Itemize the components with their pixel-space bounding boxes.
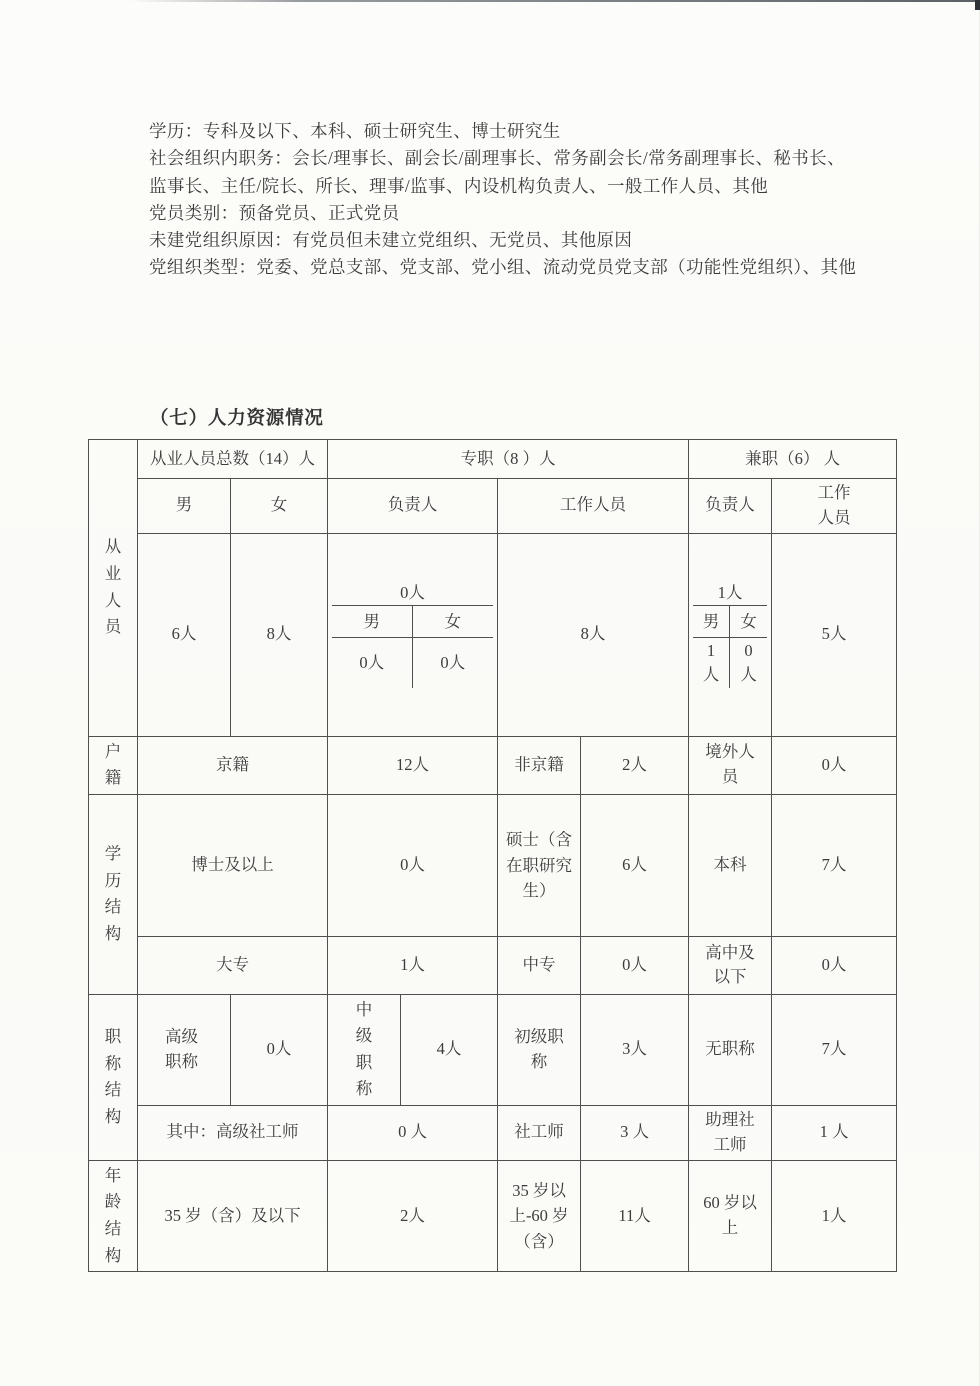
header-total-count: 从业人员总数（14）人 (138, 440, 328, 479)
cell-over60-label: 60 岁以上 (689, 1160, 772, 1272)
title-row-1: 职称结构 高级职称 0人 中级职称 4人 初级职称 3人 无职称 7人 (89, 994, 897, 1105)
hukou-row: 户籍 京籍 12人 非京籍 2人 境外人员 0人 (89, 736, 897, 794)
cell-junior-title-label: 初级职称 (498, 994, 581, 1105)
cell-senior-title-label: 高级职称 (138, 994, 231, 1105)
table-header-row-2: 男 女 负责人 工作人员 负责人 工作人员 (89, 479, 897, 534)
field-definition-notes: 学历：专科及以下、本科、硕士研究生、博士研究生 社会组织内职务：会长/理事长、副… (149, 118, 869, 282)
cell-doctor-label: 博士及以上 (138, 794, 328, 936)
cell-fulltime-head-female: 0人 (413, 638, 494, 688)
cell-secondary-label: 中专 (498, 936, 581, 994)
cell-senior-sw-value: 0 人 (328, 1105, 498, 1160)
scan-corner-artifact (975, 0, 980, 10)
note-line-positions-2: 监事长、主任/院长、所长、理事/监事、内设机构负责人、一般工作人员、其他 (149, 173, 869, 200)
cell-mid-age-label: 35 岁以上-60 岁（含） (498, 1160, 581, 1272)
cell-total-female: 8人 (231, 533, 328, 736)
scanned-document-page: { "style": { "paper_color": "#fbfbf8", "… (0, 0, 980, 1386)
row-label-education: 学历结构 (89, 794, 138, 994)
section-heading: （七）人力资源情况 (150, 404, 324, 430)
cell-middle-title-label: 中级职称 (328, 994, 401, 1105)
cell-master-label: 硕士（含在职研究生） (498, 794, 581, 936)
note-line-party-category: 党员类别：预备党员、正式党员 (149, 200, 869, 227)
header-fulltime-staff: 工作人员 (498, 479, 689, 534)
note-line-positions-1: 社会组织内职务：会长/理事长、副会长/副理事长、常务副会长/常务副理事长、秘书长… (149, 145, 869, 172)
cell-fulltime-head-total: 0人 (332, 581, 493, 606)
table-header-row-1: 从业人员 从业人员总数（14）人 专职（8 ）人 兼职（6） 人 (89, 440, 897, 479)
cell-hukou-overseas-label: 境外人员 (689, 736, 772, 794)
cell-junior-title-value: 3人 (581, 994, 689, 1105)
cell-hukou-local-label: 京籍 (138, 736, 328, 794)
cell-parttime-head-female: 0人 (730, 638, 767, 688)
age-row: 年龄结构 35 岁（含）及以下 2人 35 岁以上-60 岁（含） 11人 60… (89, 1160, 897, 1272)
cell-under35-value: 2人 (328, 1160, 498, 1272)
header-fulltime: 专职（8 ）人 (328, 440, 689, 479)
cell-sw-label: 社工师 (498, 1105, 581, 1160)
header-fulltime-head: 负责人 (328, 479, 498, 534)
cell-college-value: 1人 (328, 936, 498, 994)
title-row-2: 其中：高级社工师 0 人 社工师 3 人 助理社工师 1 人 (89, 1105, 897, 1160)
parttime-head-gender-split: 男 女 1人 0人 (693, 605, 767, 688)
cell-no-title-value: 7人 (772, 994, 897, 1105)
cell-over60-value: 1人 (772, 1160, 897, 1272)
header-parttime-staff: 工作人员 (772, 479, 897, 534)
cell-fulltime-head-male: 0人 (332, 638, 413, 688)
cell-middle-title-value: 4人 (401, 994, 498, 1105)
employees-data-row: 6人 8人 0人 男 女 0人 0人 8人 1人 男 女 1人 0 (89, 533, 897, 736)
cell-fulltime-head-block: 0人 男 女 0人 0人 (328, 533, 498, 736)
cell-doctor-value: 0人 (328, 794, 498, 936)
cell-parttime-head-block: 1人 男 女 1人 0人 (689, 533, 772, 736)
cell-no-title-label: 无职称 (689, 994, 772, 1105)
cell-parttime-head-male: 1人 (693, 638, 730, 688)
cell-assistant-sw-label: 助理社工师 (689, 1105, 772, 1160)
header-parttime-head: 负责人 (689, 479, 772, 534)
row-label-title: 职称结构 (89, 994, 138, 1160)
cell-master-value: 6人 (581, 794, 689, 936)
cell-parttime-staff: 5人 (772, 533, 897, 736)
cell-mid-age-value: 11人 (581, 1160, 689, 1272)
cell-sw-value: 3 人 (581, 1105, 689, 1160)
subheader-male: 男 (693, 606, 730, 638)
cell-hukou-overseas-value: 0人 (772, 736, 897, 794)
note-line-party-org-type: 党组织类型：党委、党总支部、党支部、党小组、流动党员党支部（功能性党组织）、其他 (149, 254, 869, 281)
subheader-female: 女 (730, 606, 767, 638)
cell-senior-title-value: 0人 (231, 994, 328, 1105)
education-row-2: 大专 1人 中专 0人 高中及以下 0人 (89, 936, 897, 994)
cell-senior-sw-label: 其中：高级社工师 (138, 1105, 328, 1160)
header-parttime: 兼职（6） 人 (689, 440, 897, 479)
cell-assistant-sw-value: 1 人 (772, 1105, 897, 1160)
cell-bachelor-value: 7人 (772, 794, 897, 936)
subheader-male: 男 (332, 606, 413, 638)
cell-hukou-nonlocal-value: 2人 (581, 736, 689, 794)
hr-situation-table: 从业人员 从业人员总数（14）人 专职（8 ）人 兼职（6） 人 男 女 负责人… (88, 439, 897, 1272)
scan-top-edge-artifact (130, 0, 980, 2)
header-male: 男 (138, 479, 231, 534)
row-label-employees: 从业人员 (89, 440, 138, 737)
cell-fulltime-staff: 8人 (498, 533, 689, 736)
cell-under35-label: 35 岁（含）及以下 (138, 1160, 328, 1272)
scan-left-edge-artifact (0, 0, 2, 1386)
cell-highschool-value: 0人 (772, 936, 897, 994)
cell-hukou-local-value: 12人 (328, 736, 498, 794)
row-label-hukou: 户籍 (89, 736, 138, 794)
fulltime-head-gender-split: 男 女 0人 0人 (332, 605, 493, 688)
cell-secondary-value: 0人 (581, 936, 689, 994)
cell-highschool-label: 高中及以下 (689, 936, 772, 994)
cell-college-label: 大专 (138, 936, 328, 994)
note-line-no-party-org-reason: 未建党组织原因：有党员但未建立党组织、无党员、其他原因 (149, 227, 869, 254)
note-line-education: 学历：专科及以下、本科、硕士研究生、博士研究生 (149, 118, 869, 145)
header-female: 女 (231, 479, 328, 534)
cell-hukou-nonlocal-label: 非京籍 (498, 736, 581, 794)
cell-total-male: 6人 (138, 533, 231, 736)
cell-parttime-head-total: 1人 (693, 581, 767, 606)
subheader-female: 女 (413, 606, 494, 638)
cell-bachelor-label: 本科 (689, 794, 772, 936)
row-label-age: 年龄结构 (89, 1160, 138, 1272)
education-row-1: 学历结构 博士及以上 0人 硕士（含在职研究生） 6人 本科 7人 (89, 794, 897, 936)
